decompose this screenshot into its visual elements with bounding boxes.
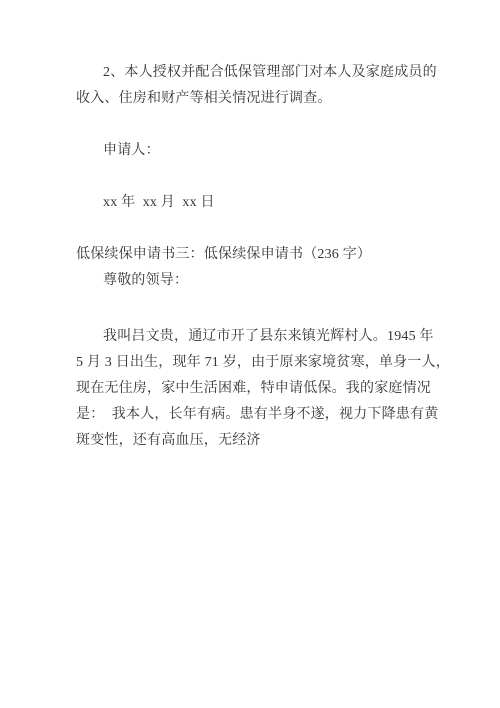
body-line-2: 5 月 3 日出生，现年 71 岁，由于原来家境贫寒，单身一人， — [76, 350, 426, 376]
salutation-line: 尊敬的领导： — [76, 268, 426, 294]
body-line-4: 是： 我本人，长年有病。患有半身不遂，视力下降患有黄 — [76, 402, 426, 428]
applicant-label: 申请人： — [76, 138, 426, 164]
document-page: 2、本人授权并配合低保管理部门对本人及家庭成员的 收入、住房和财产等相关情况进行… — [0, 0, 500, 708]
authorization-clause-line-2: 收入、住房和财产等相关情况进行调查。 — [76, 86, 426, 112]
applicant-signature-line: 申请人： — [76, 138, 426, 164]
date-placeholder: xx 年 xx 月 xx 日 — [76, 190, 426, 216]
body-line-1: 我叫吕文贵，通辽市开了县东来镇光辉村人。1945 年 — [76, 324, 426, 350]
section-title-line: 低保续保申请书三：低保续保申请书（236 字） — [76, 242, 426, 268]
body-line-5: 斑变性，还有高血压，无经济 — [76, 428, 426, 454]
salutation: 尊敬的领导： — [76, 268, 426, 294]
date-placeholder-line: xx 年 xx 月 xx 日 — [76, 190, 426, 216]
authorization-clause-line-1: 2、本人授权并配合低保管理部门对本人及家庭成员的 — [76, 60, 426, 86]
document-content: 2、本人授权并配合低保管理部门对本人及家庭成员的 收入、住房和财产等相关情况进行… — [0, 0, 500, 454]
body-paragraph: 我叫吕文贵，通辽市开了县东来镇光辉村人。1945 年 5 月 3 日出生，现年 … — [76, 324, 426, 454]
body-line-3: 现在无住房，家中生活困难，特申请低保。我的家庭情况 — [76, 376, 426, 402]
section-title: 低保续保申请书三：低保续保申请书（236 字） — [76, 242, 426, 268]
authorization-clause-paragraph: 2、本人授权并配合低保管理部门对本人及家庭成员的 收入、住房和财产等相关情况进行… — [76, 60, 426, 112]
